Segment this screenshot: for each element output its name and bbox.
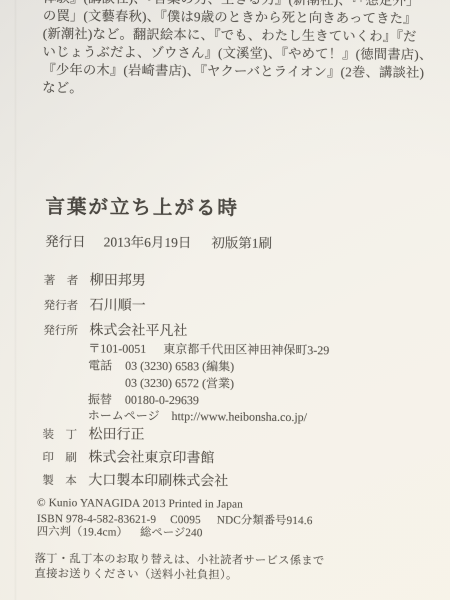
design-label: 装 丁 [43, 426, 89, 442]
bindery-name: 大口製本印刷株式会社 [88, 473, 228, 489]
publication-date-label: 発行日 [45, 234, 86, 249]
homepage-url: http://www.heibonsha.co.jp/ [171, 409, 307, 424]
telephone-editorial: 03 (3230) 6583 (編集) [125, 359, 234, 374]
publishing-office-row: 発行所株式会社平凡社 [43, 319, 187, 340]
publisher-name: 石川順一 [90, 298, 146, 313]
printer-label: 印 刷 [42, 449, 88, 465]
publication-date: 2013年6月19日 [104, 235, 192, 251]
author-name: 柳田邦男 [90, 273, 146, 288]
works-line: など。 [42, 79, 437, 100]
transfer-number: 00180-0-29639 [125, 393, 199, 408]
designer-name: 松田行正 [89, 427, 145, 442]
printer-name: 株式会社東京印書館 [88, 450, 214, 466]
format-line: 四六判（19.4cm）総ページ240 [37, 523, 203, 540]
book-title: 言葉が立ち上がる時 [45, 191, 239, 221]
publishing-office-name: 株式会社平凡社 [89, 323, 187, 339]
publication-date-line: 発行日2013年6月19日初版第1刷 [45, 230, 272, 252]
page-count: 総ページ240 [140, 527, 203, 539]
book-format: 四六判（19.4cm） [37, 526, 128, 539]
postal-code: 〒101-0051 [88, 341, 146, 355]
publisher-row: 発行者石川順一 [44, 294, 146, 315]
publishing-office-label: 発行所 [43, 322, 89, 338]
publisher-label: 発行者 [44, 297, 90, 313]
book-colophon-photo: 体験』(講談社)、『言葉の力、生きる力』(新潮社)、『「想定外」 の罠」(文藝春… [0, 0, 450, 600]
printer-row: 印 刷株式会社東京印書館 [42, 446, 214, 467]
homepage-label: ホームページ [88, 408, 160, 423]
street-address: 東京都千代田区神田神保町3-29 [163, 342, 329, 357]
bindery-row: 製 本大口製本印刷株式会社 [42, 469, 228, 490]
copyright-line: © Kunio YANAGIDA 2013 Printed in Japan [37, 497, 243, 511]
design-row: 装 丁松田行正 [43, 423, 145, 444]
replacement-notice-line2: 直接お送りください（送料小社負担）。 [34, 565, 237, 583]
telephone-sales: 03 (3230) 6572 (営業) [125, 376, 234, 391]
edition: 初版第1刷 [211, 235, 272, 250]
telephone-row-sales: 03 (3230) 6572 (営業) [125, 374, 234, 393]
author-row: 著 者柳田邦男 [44, 269, 146, 290]
bindery-label: 製 本 [42, 472, 88, 488]
transfer-label: 振替 [88, 392, 112, 406]
works-line: 『少年の木』(岩崎書店)、『ヤクーバとライオン』(2巻、講談社) [42, 61, 437, 82]
author-label: 著 者 [44, 272, 90, 288]
telephone-label: 電話 [88, 358, 112, 372]
telephone-row-editorial: 電話03 (3230) 6583 (編集) [88, 356, 234, 375]
works-paragraph: 体験』(講談社)、『言葉の力、生きる力』(新潮社)、『「想定外」 の罠」(文藝春… [42, 0, 438, 100]
ndc-number: NDC分類番号914.6 [217, 514, 313, 527]
